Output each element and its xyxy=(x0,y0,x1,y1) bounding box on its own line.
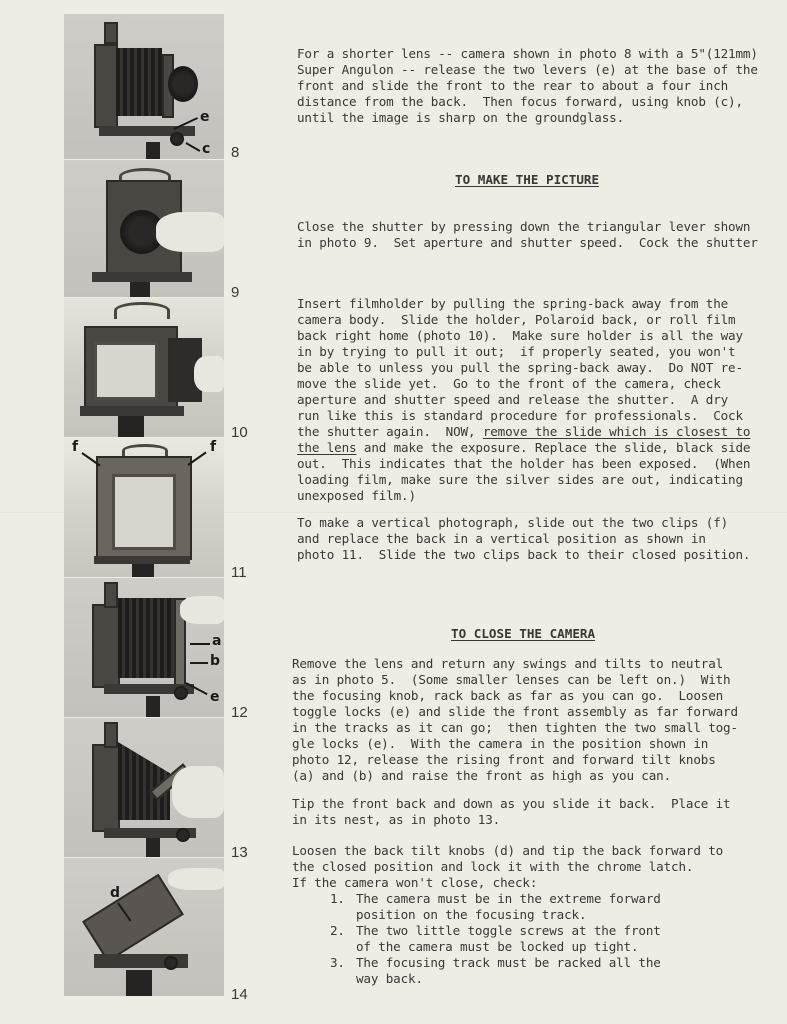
photo-number: 9 xyxy=(231,284,239,301)
callout-a: a xyxy=(212,634,221,648)
back-tilt-paragraph: Loosen the back tilt knobs (d) and tip t… xyxy=(292,843,723,891)
checklist-item: 2.The two little toggle screws at the fr… xyxy=(330,923,661,955)
photo-9 xyxy=(64,160,224,297)
callout-c: c xyxy=(202,142,210,156)
photo-number: 13 xyxy=(231,844,248,861)
callout-e: e xyxy=(210,690,220,704)
remove-lens-paragraph: Remove the lens and return any swings an… xyxy=(292,656,738,784)
photo-13 xyxy=(64,718,224,857)
checklist-item: 3.The focusing track must be racked all … xyxy=(330,955,661,987)
photo-14: d xyxy=(64,858,224,996)
checklist-item: 1.The camera must be in the extreme forw… xyxy=(330,891,661,923)
callout-b: b xyxy=(210,654,220,668)
photo-number: 10 xyxy=(231,424,248,441)
photo-number: 11 xyxy=(231,564,247,581)
callout-f-left: f xyxy=(72,440,78,454)
callout-e: e xyxy=(200,110,210,124)
photo-8: e c xyxy=(64,14,224,159)
callout-d: d xyxy=(110,886,120,900)
photo-number: 14 xyxy=(231,986,248,1003)
shorter-lens-paragraph: For a shorter lens -- camera shown in ph… xyxy=(297,46,758,126)
photo-10 xyxy=(64,298,224,437)
section-heading-close-camera: TO CLOSE THE CAMERA xyxy=(451,626,595,642)
close-checklist: 1.The camera must be in the extreme forw… xyxy=(330,891,661,987)
photo-number: 8 xyxy=(231,144,239,161)
close-shutter-paragraph: Close the shutter by pressing down the t… xyxy=(297,219,758,251)
photo-11: f f xyxy=(64,438,224,577)
photo-12: a b e xyxy=(64,578,224,717)
vertical-photo-paragraph: To make a vertical photograph, slide out… xyxy=(297,515,750,563)
callout-f-right: f xyxy=(210,440,216,454)
photo-number: 12 xyxy=(231,704,248,721)
section-heading-make-picture: TO MAKE THE PICTURE xyxy=(455,172,599,188)
tip-front-paragraph: Tip the front back and down as you slide… xyxy=(292,796,731,828)
insert-filmholder-paragraph: Insert filmholder by pulling the spring-… xyxy=(297,296,750,504)
